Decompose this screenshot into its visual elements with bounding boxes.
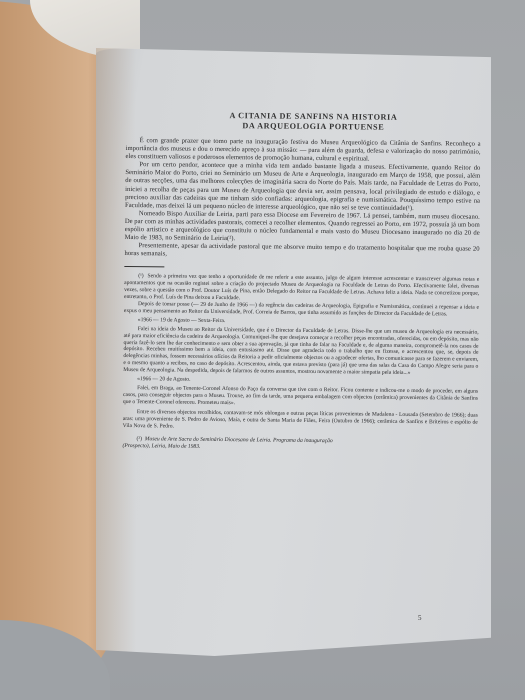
footnote-1-text: Sendo a primeira vez que tenho a oportun… bbox=[124, 274, 479, 302]
footnote-1: (¹) Sendo a primeira vez que tenho a opo… bbox=[123, 273, 480, 433]
footnote-1-paragraph-1: (¹) Sendo a primeira vez que tenho a opo… bbox=[124, 273, 479, 304]
page-number: 5 bbox=[418, 614, 422, 622]
document-page: A CITANIA DE SANFINS NA HISTORIA DA ARQU… bbox=[96, 48, 491, 656]
footnote-1-paragraph-3: Falei na ideia do Museu ao Reitor da Uni… bbox=[123, 326, 478, 378]
footnote-2: (²) Museu de Arte Sacra do Seminário Dio… bbox=[122, 436, 477, 454]
footnote-2-marker: (²) bbox=[137, 437, 142, 443]
page-title: A CITANIA DE SANFINS NA HISTORIA DA ARQU… bbox=[146, 110, 481, 133]
body-text: É com grande prazer que tomo parte na in… bbox=[124, 137, 480, 262]
body-paragraph-2: Por um certo pendor, acontece que a minh… bbox=[125, 161, 480, 213]
body-paragraph-3: Nomeado Bispo Auxiliar de Leiria, parti … bbox=[125, 210, 480, 246]
footnote-1-paragraph-4: Falei, em Braga, ao Tenente-Coronel Afon… bbox=[123, 385, 478, 409]
body-paragraph-1: É com grande prazer que tomo parte na in… bbox=[125, 137, 480, 165]
footnote-1-paragraph-2: Depois de tomar posse (— 29 de Junho de … bbox=[124, 301, 479, 319]
footnote-1-marker: (¹) bbox=[138, 274, 143, 280]
page-content: A CITANIA DE SANFINS NA HISTORIA DA ARQU… bbox=[122, 110, 481, 454]
body-paragraph-4: Presentemente, apesar da actividade past… bbox=[124, 242, 479, 262]
footnote-divider bbox=[124, 266, 164, 267]
footnote-1-paragraph-5: Entre os diversos objectos recolhidos, c… bbox=[123, 409, 478, 433]
